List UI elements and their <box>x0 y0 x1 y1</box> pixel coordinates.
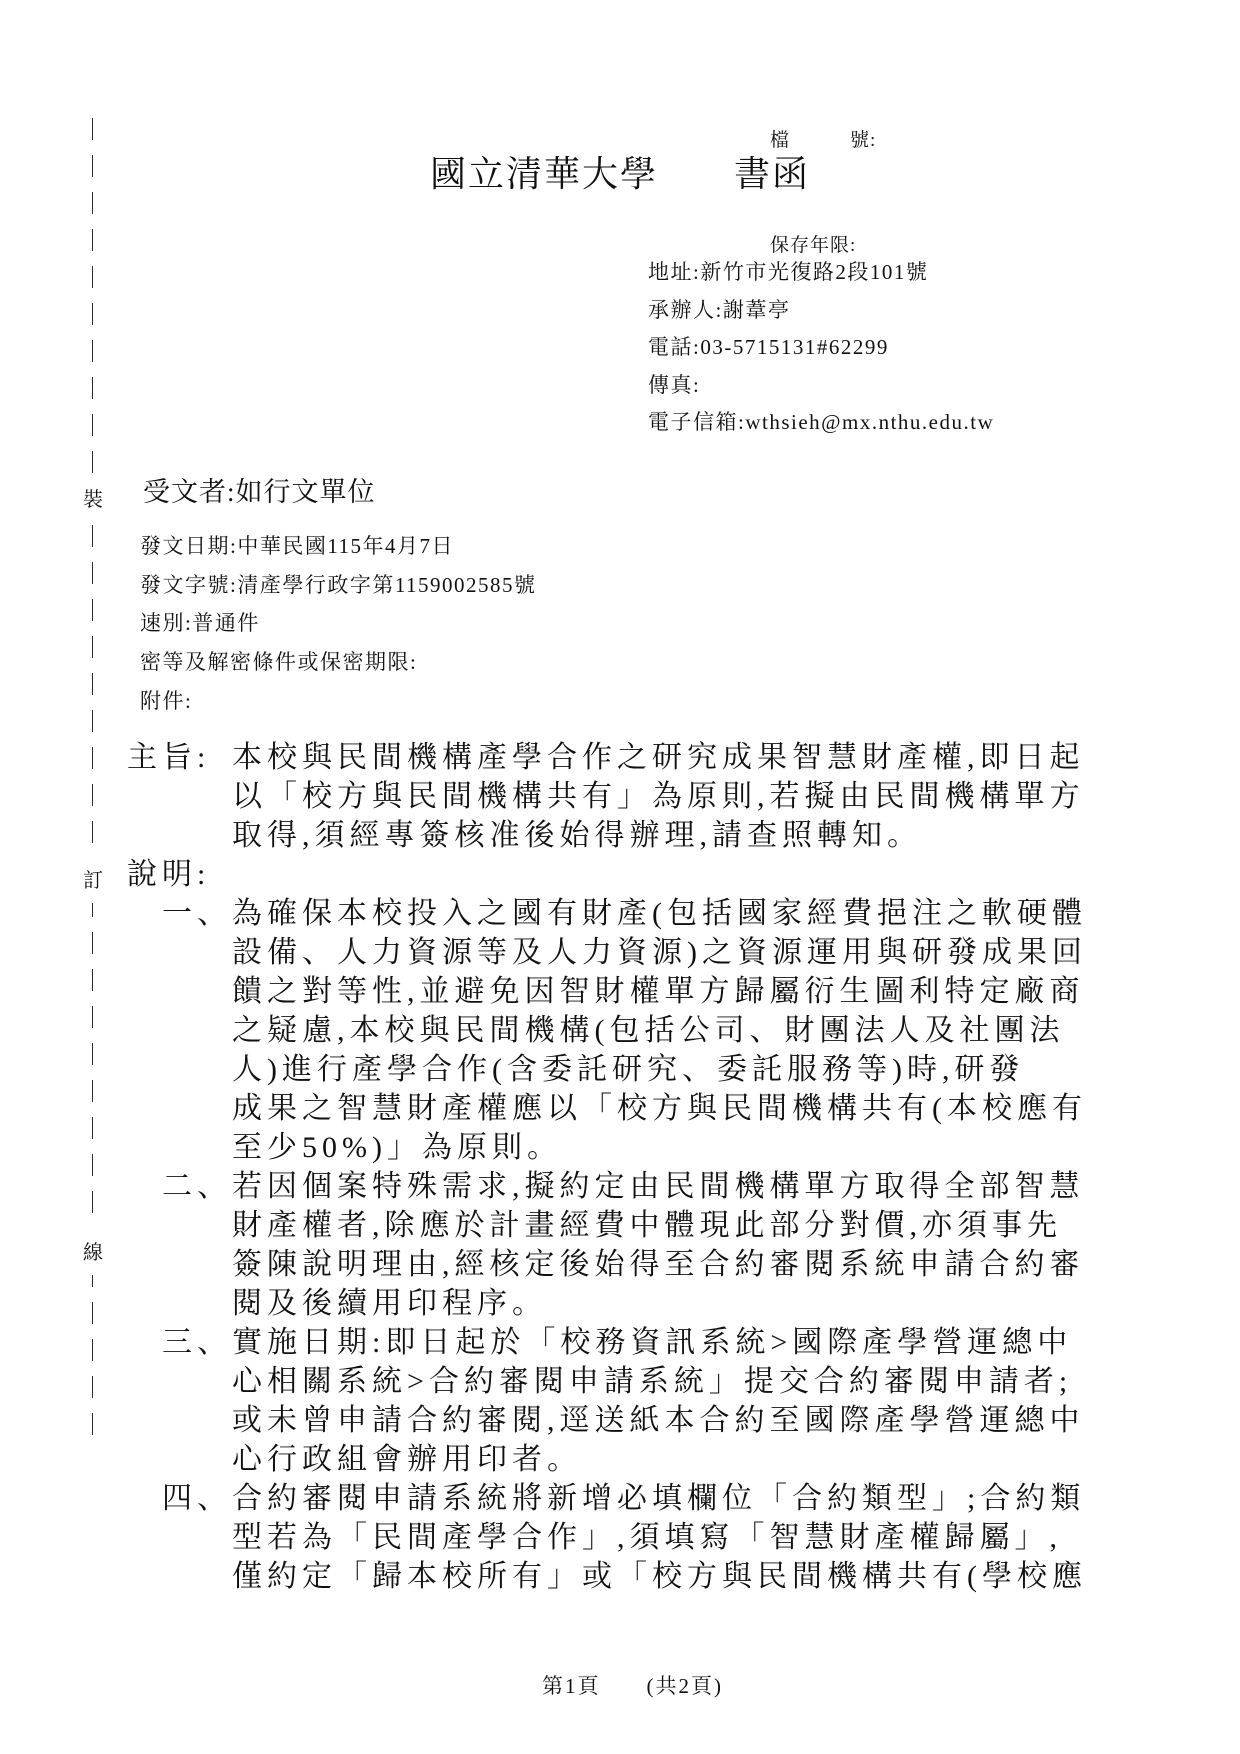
item-line: 型若為「民間產學合作」,須填寫「智慧財產權歸屬」, <box>232 1518 1147 1557</box>
binding-mark-zhuang: 裝 <box>83 473 103 522</box>
doc-number-line: 發文字號:清產學行政字第1159002585號 <box>140 566 537 605</box>
item-line: 若因個案特殊需求,擬約定由民間機構單方取得全部智慧 <box>232 1167 1147 1206</box>
sender-contact-person: 承辦人:謝葦亭 <box>648 292 994 330</box>
item-line: 或未曾申請合約審閱,逕送紙本合約至國際產學營運總中 <box>232 1401 1147 1440</box>
sender-phone: 電話:03-5715131#62299 <box>648 329 994 367</box>
attachment-line: 附件: <box>140 682 537 721</box>
subject-content: 本校與民間機構產學合作之研究成果智慧財產權,即日起 以「校方與民間機構共有」為原… <box>232 738 1147 855</box>
item-line: 饋之對等性,並避免因智財權單方歸屬衍生圖利特定廠商 <box>232 972 1147 1011</box>
item-line: 財產權者,除應於計畫經費中體現此部分對價,亦須事先 <box>232 1206 1147 1245</box>
explanation-label: 說明: <box>127 855 1147 894</box>
item-number: 二、 <box>162 1167 232 1206</box>
recipient-line: 受文者:如行文單位 <box>143 470 376 509</box>
item-number: 一、 <box>162 894 232 933</box>
item-line: 設備、人力資源等及人力資源)之資源運用與研發成果回 <box>232 933 1147 972</box>
sender-info-block: 地址:新竹市光復路2段101號 承辦人:謝葦亭 電話:03-5715131#62… <box>648 254 994 442</box>
explanation-item-2: 二、 若因個案特殊需求,擬約定由民間機構單方取得全部智慧 財產權者,除應於計畫經… <box>127 1167 1147 1323</box>
item-line: 心行政組會辦用印者。 <box>232 1440 1147 1479</box>
subject-line: 本校與民間機構產學合作之研究成果智慧財產權,即日起 <box>232 738 1147 777</box>
item-line: 成果之智慧財產權應以「校方與民間機構共有(本校應有 <box>232 1089 1147 1128</box>
sender-fax: 傳真: <box>648 367 994 405</box>
item-number: 三、 <box>162 1323 232 1362</box>
security-class-line: 密等及解密條件或保密期限: <box>140 643 537 682</box>
binding-margin: 裝 訂 線 <box>83 118 103 1450</box>
item-line: 心相關系統>合約審閱申請系統」提交合約審閱申請者; <box>232 1362 1147 1401</box>
speed-class-line: 速別:普通件 <box>140 604 537 643</box>
binding-mark-ding: 訂 <box>83 854 103 903</box>
item-line: 實施日期:即日起於「校務資訊系統>國際產學營運總中 <box>232 1323 1147 1362</box>
item-line: 至少50%)」為原則。 <box>232 1128 1147 1167</box>
explanation-item-4: 四、 合約審閱申請系統將新增必填欄位「合約類型」;合約類 型若為「民間產學合作」… <box>127 1479 1147 1596</box>
sender-address: 地址:新竹市光復路2段101號 <box>648 254 994 292</box>
official-letter-page: 裝 訂 線 檔 號: 保存年限: 國立清華大學 書函 地址:新竹市光復路2段10… <box>0 0 1240 1754</box>
item-line: 人)進行產學合作(含委託研究、委託服務等)時,研發 <box>232 1050 1147 1089</box>
item-line: 簽陳說明理由,經核定後始得至合約審閱系統申請合約審 <box>232 1245 1147 1284</box>
issue-date-line: 發文日期:中華民國115年4月7日 <box>140 527 537 566</box>
subject-label: 主旨: <box>127 738 210 777</box>
item-number: 四、 <box>162 1479 232 1518</box>
explanation-item-1: 一、 為確保本校投入之國有財產(包括國家經費挹注之軟硬體 設備、人力資源等及人力… <box>127 894 1147 1167</box>
subject-line: 以「校方與民間機構共有」為原則,若擬由民間機構單方 <box>232 777 1147 816</box>
item-line: 僅約定「歸本校所有」或「校方與民間機構共有(學校應 <box>232 1557 1147 1596</box>
explanation-item-3: 三、 實施日期:即日起於「校務資訊系統>國際產學營運總中 心相關系統>合約審閱申… <box>127 1323 1147 1479</box>
subject-line: 取得,須經專簽核准後始得辦理,請查照轉知。 <box>232 816 1147 855</box>
document-title: 國立清華大學 書函 <box>0 146 1240 197</box>
sender-email: 電子信箱:wthsieh@mx.nthu.edu.tw <box>648 404 994 442</box>
item-line: 合約審閱申請系統將新增必填欄位「合約類型」;合約類 <box>232 1479 1147 1518</box>
page-footer: 第1頁 (共2頁) <box>0 1670 1240 1700</box>
subject-section: 主旨: 本校與民間機構產學合作之研究成果智慧財產權,即日起 以「校方與民間機構共… <box>127 738 1147 855</box>
item-line: 之疑慮,本校與民間機構(包括公司、財團法人及社團法 <box>232 1011 1147 1050</box>
item-line: 閱及後續用印程序。 <box>232 1284 1147 1323</box>
explanation-section: 說明: 一、 為確保本校投入之國有財產(包括國家經費挹注之軟硬體 設備、人力資源… <box>127 855 1147 1596</box>
binding-mark-xian: 線 <box>83 1226 103 1275</box>
item-line: 為確保本校投入之國有財產(包括國家經費挹注之軟硬體 <box>232 894 1147 933</box>
document-meta-block: 發文日期:中華民國115年4月7日 發文字號:清產學行政字第1159002585… <box>140 527 537 721</box>
